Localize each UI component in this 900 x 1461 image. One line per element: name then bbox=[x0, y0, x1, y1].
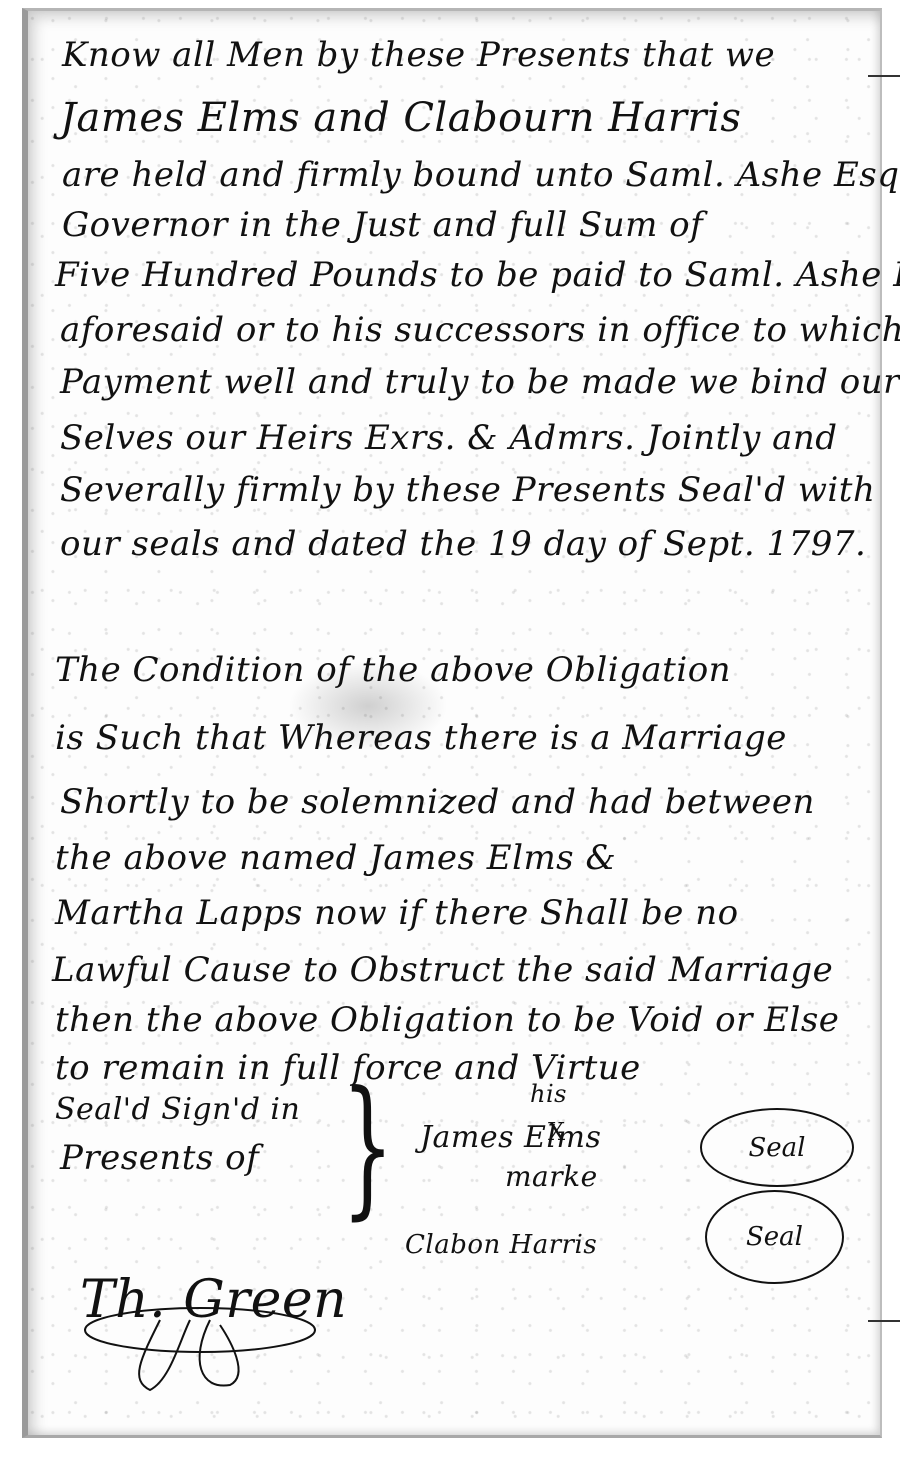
right-margin-tick bbox=[868, 75, 900, 77]
obligation-line: our seals and dated the 19 day of Sept. … bbox=[60, 524, 866, 564]
witness-flourish-icon bbox=[60, 1290, 320, 1400]
wax-seal-outline: Seal bbox=[705, 1190, 844, 1284]
obligation-line: Payment well and truly to be made we bin… bbox=[60, 362, 900, 402]
obligation-line: Severally firmly by these Presents Seal'… bbox=[60, 470, 875, 510]
condition-line: the above named James Elms & bbox=[55, 838, 616, 878]
obligation-line: Know all Men by these Presents that we bbox=[62, 35, 775, 75]
wax-seal-outline: Seal bbox=[700, 1108, 854, 1187]
signatory-name: James Elms bbox=[420, 1120, 601, 1155]
condition-line: Martha Lapps now if there Shall be no bbox=[55, 893, 739, 933]
obligation-line: James Elms and Clabourn Harris bbox=[60, 95, 741, 141]
condition-line: Lawful Cause to Obstruct the said Marria… bbox=[52, 950, 833, 990]
his-label: his bbox=[530, 1080, 567, 1108]
condition-line: Shortly to be solemnized and had between bbox=[60, 782, 815, 822]
condition-line: is Such that Whereas there is a Marriage bbox=[55, 718, 787, 758]
seal-label: Seal bbox=[746, 1222, 803, 1252]
condition-line: then the above Obligation to be Void or … bbox=[55, 1000, 839, 1040]
presence-label: Presents of bbox=[60, 1138, 259, 1178]
signatory-name: Clabon Harris bbox=[405, 1230, 597, 1260]
obligation-line: aforesaid or to his successors in office… bbox=[60, 310, 900, 350]
brace-glyph: } bbox=[341, 1060, 393, 1234]
mark-label: marke bbox=[505, 1160, 598, 1193]
obligation-line: Governor in the Just and full Sum of bbox=[62, 205, 703, 245]
signatory-mark: X bbox=[548, 1118, 566, 1146]
obligation-line: Selves our Heirs Exrs. & Admrs. Jointly … bbox=[60, 418, 838, 458]
obligation-line: are held and firmly bound unto Saml. Ash… bbox=[62, 155, 900, 195]
condition-line: The Condition of the above Obligation bbox=[55, 650, 731, 690]
right-margin-tick bbox=[868, 1320, 900, 1322]
signed-sealed-label: Seal'd Sign'd in bbox=[55, 1092, 300, 1127]
seal-label: Seal bbox=[748, 1133, 805, 1163]
obligation-line: Five Hundred Pounds to be paid to Saml. … bbox=[55, 255, 900, 295]
